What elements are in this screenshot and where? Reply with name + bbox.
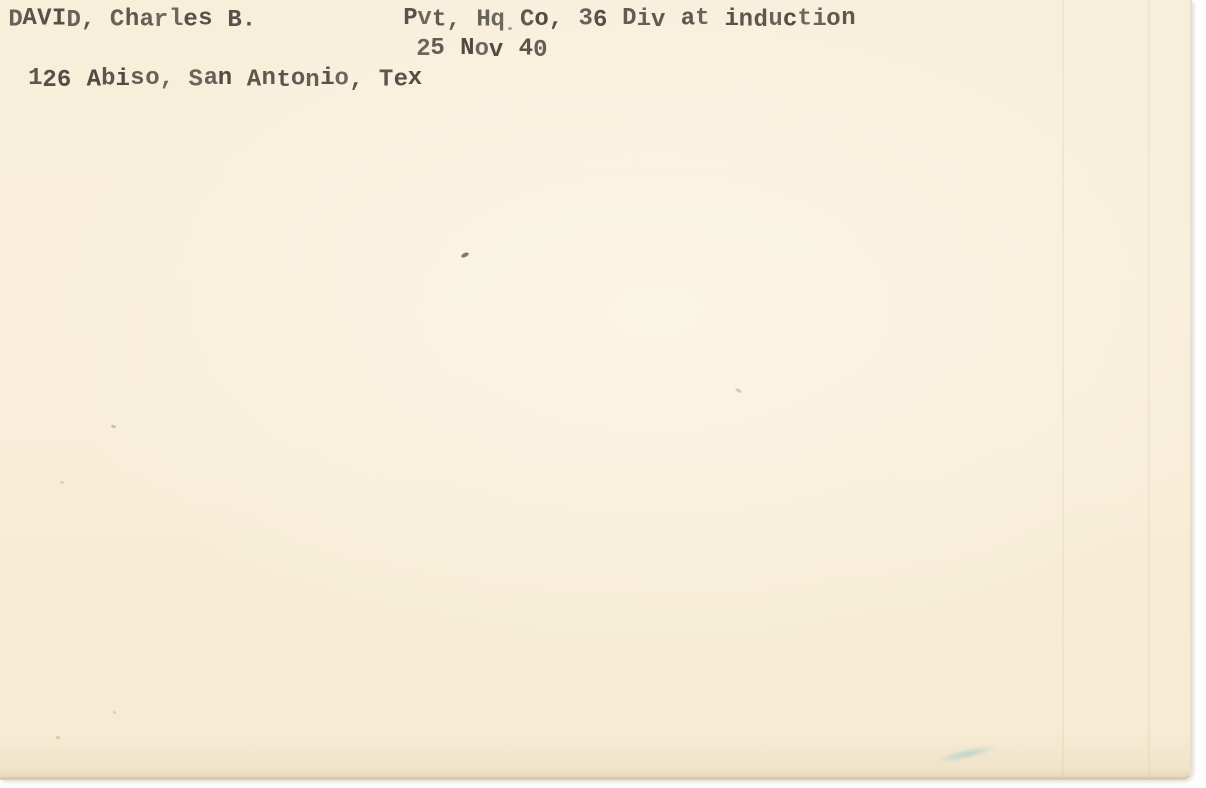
ink-speck <box>461 251 470 258</box>
paper-speck <box>60 481 64 484</box>
paper-streak <box>1148 0 1150 777</box>
stray-ink-dot <box>508 27 512 30</box>
scanned-page: DAVID, Charles B. Pvt, Hq Co, 36 Div at … <box>0 0 1206 788</box>
index-card: DAVID, Charles B. Pvt, Hq Co, 36 Div at … <box>0 0 1192 780</box>
address-line: 126 Abiso, San Antonio, Tex <box>28 66 422 93</box>
paper-speck <box>113 711 116 714</box>
paper-speck <box>111 424 117 428</box>
service-line: Pvt, Hq Co, 36 Div at induction <box>403 6 856 33</box>
paper-speck <box>735 387 743 393</box>
paper-speck <box>56 736 60 739</box>
name-line: DAVID, Charles B. <box>8 6 256 33</box>
blue-smudge <box>936 743 999 766</box>
paper-streak <box>1062 0 1064 777</box>
date-line: 25 Nov 40 <box>416 36 547 63</box>
